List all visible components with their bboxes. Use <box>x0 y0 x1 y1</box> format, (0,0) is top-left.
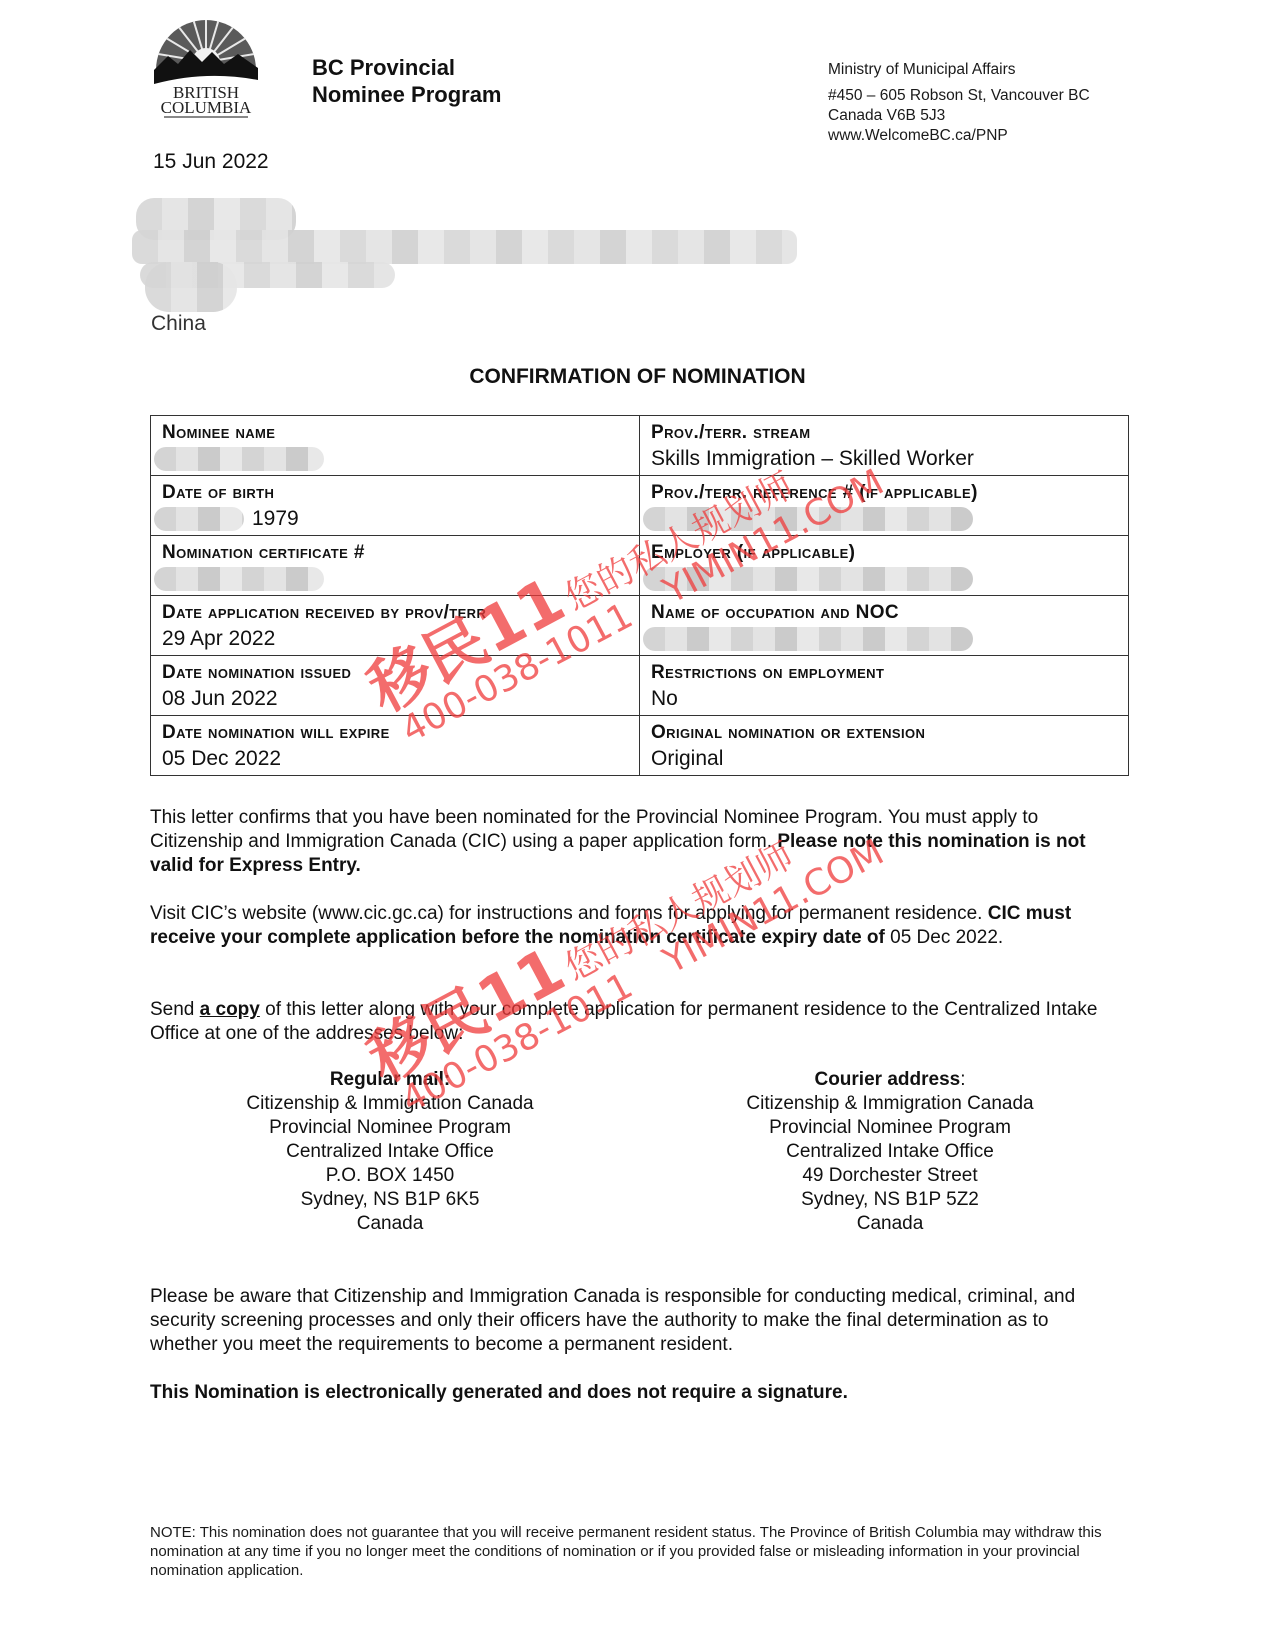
address-line: Centralized Intake Office <box>670 1140 1110 1164</box>
address-line: Provincial Nominee Program <box>670 1116 1110 1140</box>
table-row: Date nomination will expire05 Dec 2022Or… <box>151 716 1129 776</box>
table-row: Date of birth1979Prov./terr. reference #… <box>151 476 1129 536</box>
table-cell: Prov./terr. streamSkills Immigration – S… <box>640 416 1129 476</box>
table-row: Date application received by prov/terr29… <box>151 596 1129 656</box>
ministry-address-block: Ministry of Municipal Affairs #450 – 605… <box>828 60 1090 146</box>
table-cell: Date of birth1979 <box>151 476 640 536</box>
footer-note: NOTE: This nomination does not guarantee… <box>150 1523 1120 1580</box>
courier-heading: Courier address <box>814 1069 960 1090</box>
field-value <box>162 566 628 591</box>
redacted-value <box>154 447 324 471</box>
nomination-details-table: Nominee nameProv./terr. streamSkills Imm… <box>150 415 1129 776</box>
redacted-value <box>154 567 324 591</box>
redacted-value <box>643 567 973 591</box>
field-value: Original <box>651 746 1117 771</box>
cic-instructions-paragraph: Visit CIC’s website (www.cic.gc.ca) for … <box>150 902 1110 950</box>
field-label: Nomination certificate # <box>162 540 628 566</box>
field-value: 05 Dec 2022 <box>162 746 628 771</box>
ministry-name: Ministry of Municipal Affairs <box>828 60 1090 80</box>
field-label: Date nomination issued <box>162 660 628 686</box>
field-value <box>651 506 1117 531</box>
confirmation-paragraph: This letter confirms that you have been … <box>150 806 1110 878</box>
redacted-value <box>643 627 973 651</box>
field-label: Date of birth <box>162 480 628 506</box>
address-line: Centralized Intake Office <box>170 1140 610 1164</box>
table-row: Nominee nameProv./terr. streamSkills Imm… <box>151 416 1129 476</box>
address-line: Citizenship & Immigration Canada <box>670 1092 1110 1116</box>
redacted-value <box>643 507 973 531</box>
address-line: 49 Dorchester Street <box>670 1164 1110 1188</box>
document-title: CONFIRMATION OF NOMINATION <box>0 365 1275 389</box>
electronic-signature-note: This Nomination is electronically genera… <box>150 1381 1110 1405</box>
table-cell: Nomination certificate # <box>151 536 640 596</box>
field-value <box>651 566 1117 591</box>
program-title-line2: Nominee Program <box>312 81 502 108</box>
a-copy-emphasis: a copy <box>200 999 260 1020</box>
program-title-line1: BC Provincial <box>312 54 502 81</box>
send-copy-paragraph: Send a copy of this letter along with yo… <box>150 998 1110 1046</box>
redacted-value <box>154 507 244 531</box>
address-line: Citizenship & Immigration Canada <box>170 1092 610 1116</box>
ministry-address-line1: #450 – 605 Robson St, Vancouver BC <box>828 86 1090 106</box>
address-line: Canada <box>670 1212 1110 1236</box>
expiry-date: 05 Dec 2022. <box>885 927 1003 948</box>
address-line: Sydney, NS B1P 5Z2 <box>670 1188 1110 1212</box>
field-label: Prov./terr. stream <box>651 420 1117 446</box>
ministry-website: www.WelcomeBC.ca/PNP <box>828 126 1090 146</box>
address-line: Sydney, NS B1P 6K5 <box>170 1188 610 1212</box>
field-value: No <box>651 686 1117 711</box>
address-line: Canada <box>170 1212 610 1236</box>
field-label: Prov./terr. reference # (if applicable) <box>651 480 1117 506</box>
redacted-recipient-province <box>145 262 237 312</box>
field-value: 1979 <box>162 506 628 531</box>
field-label: Restrictions on employment <box>651 660 1117 686</box>
courier-address: Courier address: Citizenship & Immigrati… <box>670 1068 1110 1236</box>
table-cell: Prov./terr. reference # (if applicable) <box>640 476 1129 536</box>
british-columbia-logo: BRITISH COLUMBIA <box>146 12 266 118</box>
field-value <box>162 446 628 471</box>
address-line: Provincial Nominee Program <box>170 1116 610 1140</box>
screening-notice-paragraph: Please be aware that Citizenship and Imm… <box>150 1285 1110 1357</box>
table-cell: Date application received by prov/terr29… <box>151 596 640 656</box>
field-label: Employer (if applicable) <box>651 540 1117 566</box>
table-cell: Date nomination will expire05 Dec 2022 <box>151 716 640 776</box>
address-line: P.O. BOX 1450 <box>170 1164 610 1188</box>
table-cell: Name of occupation and NOC <box>640 596 1129 656</box>
regular-mail-heading: Regular mail: <box>330 1069 450 1090</box>
ministry-address-line2: Canada V6B 5J3 <box>828 106 1090 126</box>
program-title: BC Provincial Nominee Program <box>312 54 502 108</box>
field-value <box>651 626 1117 651</box>
field-value: 08 Jun 2022 <box>162 686 628 711</box>
letter-date: 15 Jun 2022 <box>153 150 269 174</box>
table-row: Nomination certificate #Employer (if app… <box>151 536 1129 596</box>
table-cell: Restrictions on employmentNo <box>640 656 1129 716</box>
field-label: Name of occupation and NOC <box>651 600 1117 626</box>
regular-mail-address: Regular mail: Citizenship & Immigration … <box>170 1068 610 1236</box>
field-label: Nominee name <box>162 420 628 446</box>
field-label: Original nomination or extension <box>651 720 1117 746</box>
field-label: Date nomination will expire <box>162 720 628 746</box>
recipient-country: China <box>151 312 206 336</box>
field-value: 29 Apr 2022 <box>162 626 628 651</box>
table-cell: Date nomination issued08 Jun 2022 <box>151 656 640 716</box>
table-cell: Employer (if applicable) <box>640 536 1129 596</box>
field-label: Date application received by prov/terr <box>162 600 628 626</box>
logo-text-columbia: COLUMBIA <box>161 98 252 117</box>
table-cell: Original nomination or extensionOriginal <box>640 716 1129 776</box>
redacted-recipient-address <box>132 230 797 264</box>
table-cell: Nominee name <box>151 416 640 476</box>
table-row: Date nomination issued08 Jun 2022Restric… <box>151 656 1129 716</box>
bc-sun-mountain-icon: BRITISH COLUMBIA <box>146 12 266 118</box>
field-value: Skills Immigration – Skilled Worker <box>651 446 1117 471</box>
